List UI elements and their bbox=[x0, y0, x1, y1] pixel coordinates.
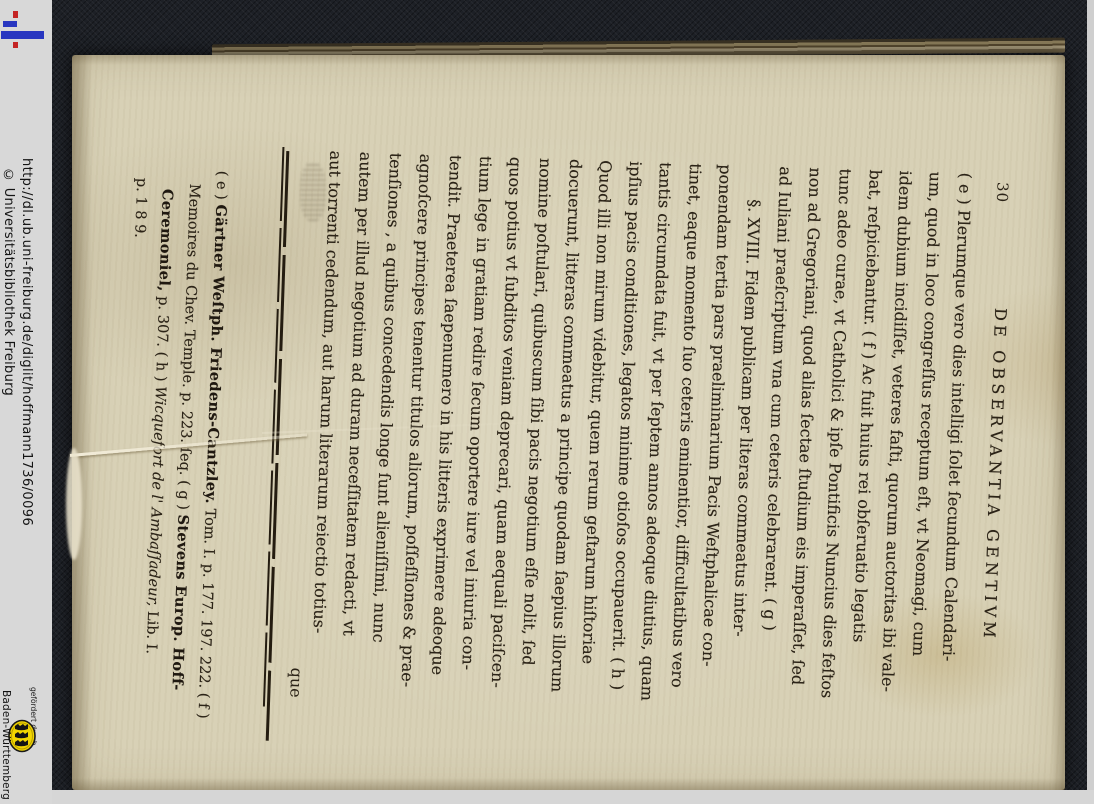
footnote-text: Tom. I. p. 177. 197. 222. ( f ) bbox=[194, 504, 217, 719]
blackletter-text: Ceremoniel, bbox=[155, 189, 176, 292]
scanner-margin-bottom bbox=[0, 790, 1094, 804]
footnote-text: ( e ) bbox=[212, 170, 229, 204]
page-content-rotated: 30 DE OBSERVANTIA GENTIVM ( e ) Plerumqu… bbox=[72, 55, 1065, 790]
body-text: ( e ) Plerumque vero dies intelligi ſole… bbox=[301, 150, 980, 733]
footnote-text: p. 1 8 9. bbox=[131, 178, 149, 239]
footnote-rule-2 bbox=[263, 147, 285, 713]
footnote-text: Wicquefort de l' Ambaſſadeur, bbox=[144, 386, 168, 607]
scan-viewer: 30 DE OBSERVANTIA GENTIVM ( e ) Plerumqu… bbox=[0, 0, 1094, 804]
scanner-margin-left: http://dl.ub.uni-freiburg.de/diglit/hoff… bbox=[0, 0, 52, 804]
funding-region-label: Baden-Württemberg bbox=[0, 690, 12, 800]
footnote-text: p. 307. ( h ) bbox=[152, 291, 171, 386]
registration-blue-bar-wide bbox=[1, 31, 44, 39]
page-number: 30 bbox=[993, 182, 1012, 204]
source-url-label: http://dl.ub.uni-freiburg.de/diglit/hoff… bbox=[19, 158, 34, 526]
bleedthrough-mark bbox=[300, 163, 326, 221]
book-page: 30 DE OBSERVANTIA GENTIVM ( e ) Plerumqu… bbox=[72, 55, 1065, 790]
catchword: que bbox=[286, 667, 306, 698]
registration-red-tick-2 bbox=[13, 42, 18, 48]
registration-mark-icon bbox=[0, 0, 52, 56]
scanner-margin-right bbox=[1087, 0, 1094, 804]
footnotes: ( e ) Gärtner Weſtph. Friedens-Cantzley.… bbox=[107, 167, 235, 750]
paper-tear-mark bbox=[66, 448, 82, 560]
registration-red-tick bbox=[13, 11, 18, 18]
copyright-label: © Universitätsbibliothek Freiburg bbox=[1, 168, 16, 396]
running-header: DE OBSERVANTIA GENTIVM bbox=[980, 308, 1011, 638]
blackletter-text: Stevens Europ. Hoff- bbox=[168, 514, 191, 691]
footnote-text: Lib. I. bbox=[143, 606, 161, 654]
footnote-rule bbox=[266, 151, 289, 741]
blackletter-text: Gärtner Weſtph. Friedens-Cantzley. bbox=[202, 204, 229, 504]
registration-blue-bar bbox=[3, 21, 17, 27]
